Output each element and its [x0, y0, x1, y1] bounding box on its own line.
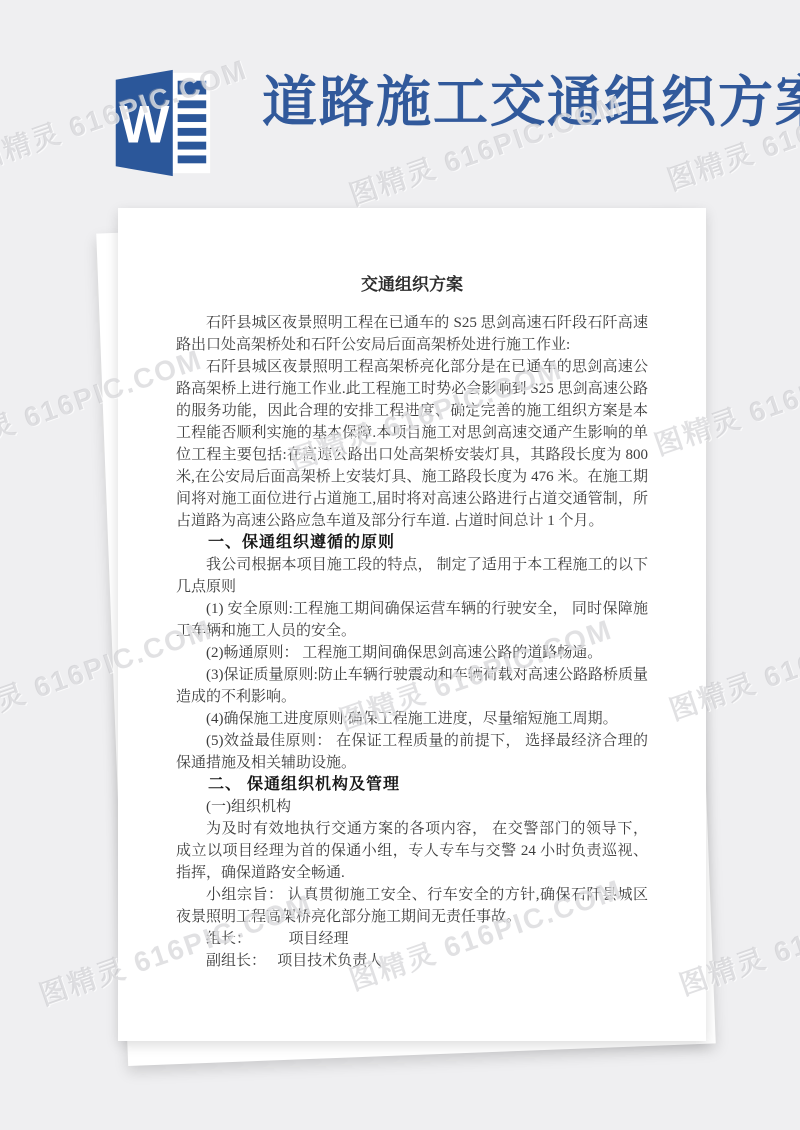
paragraph: 副组长： 项目技术负责人 — [176, 950, 648, 972]
paragraph: 石阡县城区夜景照明工程在已通车的 S25 思剑高速石阡段石阡高速路出口处高架桥处… — [176, 312, 648, 356]
document-title: 交通组织方案 — [176, 274, 648, 296]
preview-canvas: W 道路施工交通组织方案 交通组织方案 石阡县城区夜景照明工程在已通车的 S25… — [0, 0, 800, 1130]
section-heading: 一、保通组织遵循的原则 — [176, 532, 648, 554]
document-body: 石阡县城区夜景照明工程在已通车的 S25 思剑高速石阡段石阡高速路出口处高架桥处… — [176, 312, 648, 972]
paragraph: (5)效益最佳原则： 在保证工程质量的前提下， 选择最经济合理的保通措施及相关辅… — [176, 730, 648, 774]
word-icon: W — [100, 66, 218, 180]
paragraph: (3)保证质量原则:防止车辆行驶震动和车辆荷载对高速公路路桥质量造成的不利影响。 — [176, 664, 648, 708]
paragraph: 组长： 项目经理 — [176, 928, 648, 950]
page-title: 道路施工交通组织方案 — [262, 70, 800, 136]
document-page: 交通组织方案 石阡县城区夜景照明工程在已通车的 S25 思剑高速石阡段石阡高速路… — [118, 208, 706, 1041]
paragraph: 小组宗旨： 认真贯彻施工安全、行车安全的方针,确保石阡县城区夜景照明工程高架桥亮… — [176, 884, 648, 928]
paragraph: (一)组织机构 — [176, 796, 648, 818]
paragraph: (1) 安全原则:工程施工期间确保运营车辆的行驶安全， 同时保障施工车辆和施工人… — [176, 598, 648, 642]
paragraph: 为及时有效地执行交通方案的各项内容， 在交警部门的领导下， 成立以项目经理为首的… — [176, 818, 648, 884]
section-heading: 二、 保通组织机构及管理 — [176, 774, 648, 796]
paragraph: (2)畅通原则： 工程施工期间确保思剑高速公路的道路畅通。 — [176, 642, 648, 664]
paragraph: 石阡县城区夜景照明工程高架桥亮化部分是在已通车的思剑高速公路高架桥上进行施工作业… — [176, 356, 648, 532]
paragraph: 我公司根据本项目施工段的特点， 制定了适用于本工程施工的以下几点原则 — [176, 554, 648, 598]
word-icon-letter: W — [119, 96, 170, 155]
paragraph: (4)确保施工进度原则:确保工程施工进度，尽量缩短施工周期。 — [176, 708, 648, 730]
